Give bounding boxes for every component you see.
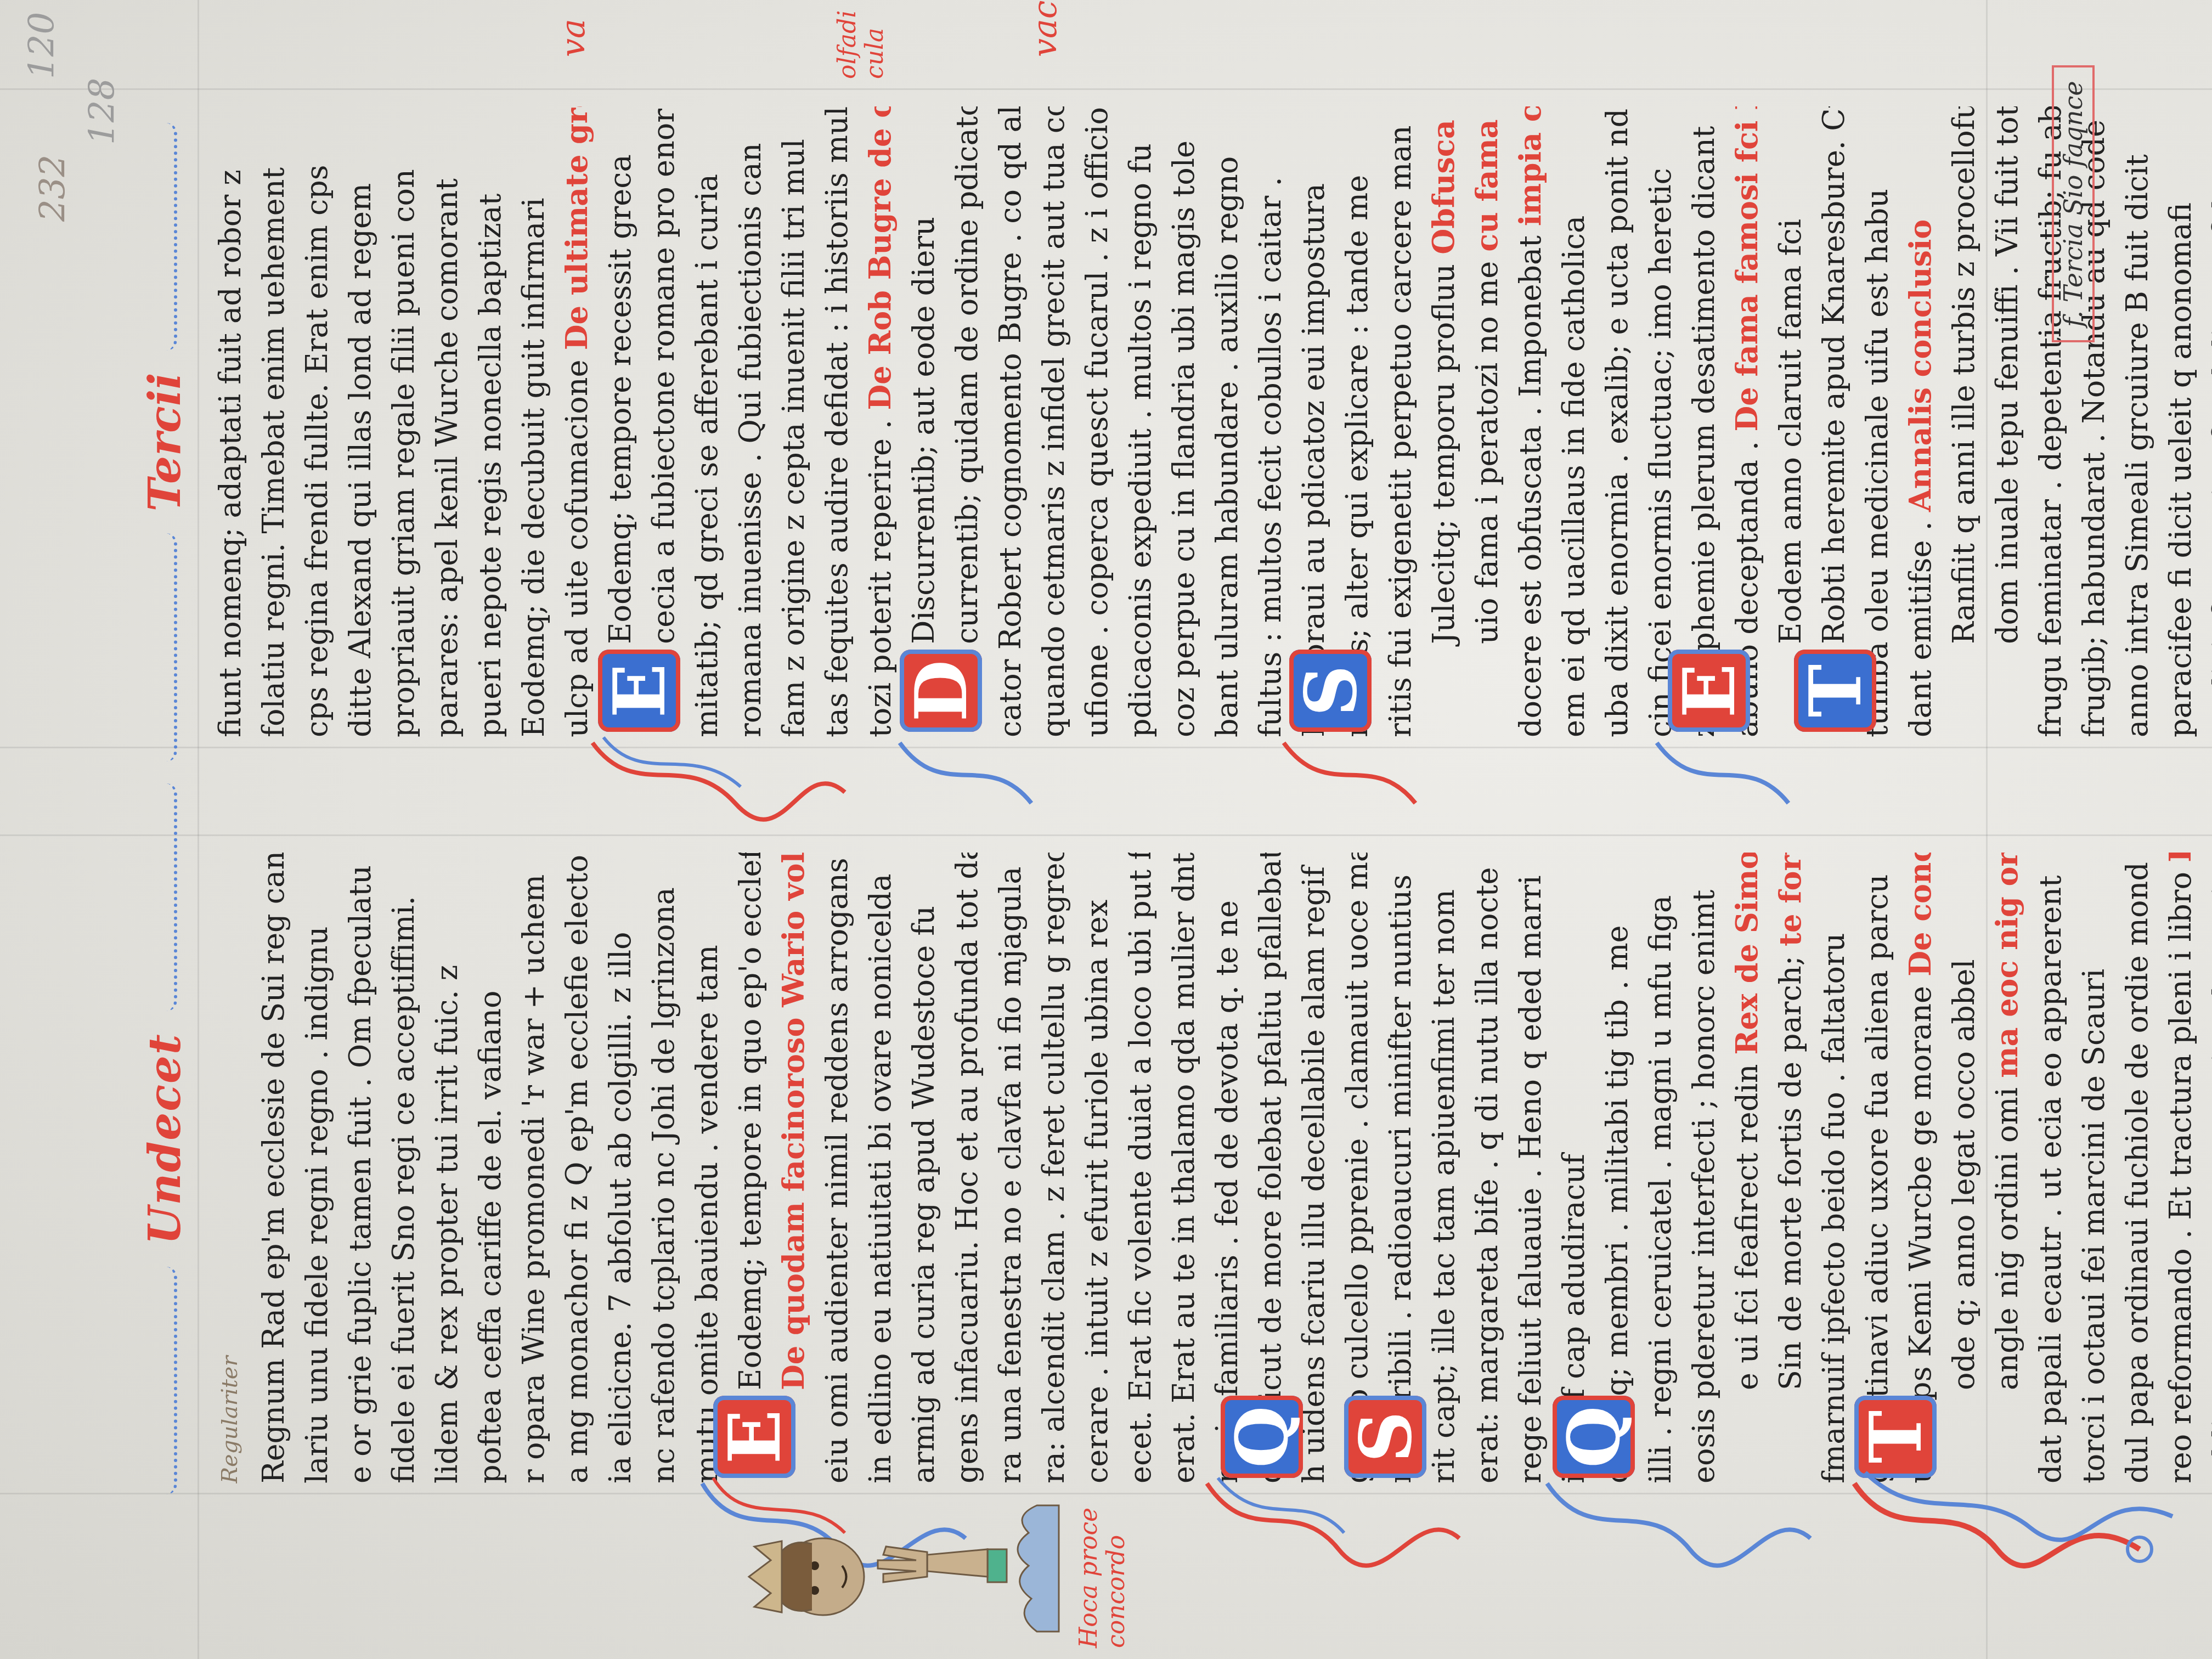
decorated-initial: E xyxy=(1668,650,1750,732)
text-line: illi . regni ceruicatel . magni u mfu fi… xyxy=(1639,853,1682,1483)
text-line: paracifee fi dicit ueleit q anonomafi xyxy=(2159,106,2202,737)
text-line: Regnum Rad ep'm ecclesie de Sui reg canc… xyxy=(252,853,295,1483)
text-line: fam z origine z cepta inuenit filii tri … xyxy=(772,106,815,737)
margin-note-red: olfadi cula xyxy=(834,13,889,79)
text-line: a mg monachor fi z Q ep'm ecclefie elect… xyxy=(555,853,599,1483)
text-line: mutu omite bauiendu . vendere tam xyxy=(685,853,729,1483)
ruling-line xyxy=(198,0,199,1659)
text: Sin de morte fortis de parch; xyxy=(1773,956,1808,1390)
pen-flourish-middle xyxy=(560,726,1876,825)
text-line-with-rubric: reo reformando . Et tractura pleni i lib… xyxy=(2159,853,2202,1483)
rubric-text: Rex de Simondis demo xyxy=(1729,853,1764,1054)
text-line: ditte Alexand qui illas lond ad regem xyxy=(338,106,382,737)
text-line: ode q; anno legat occo abbel xyxy=(1942,853,1985,1483)
text-line: ia elicicne. 7 abfolut ab colgilli. z il… xyxy=(599,853,642,1483)
text-line: fiunt nomenq; adaptati fuit ad robor z xyxy=(208,106,252,737)
text-line: em ei qd uacillaus in fide catholica xyxy=(1552,106,1595,737)
text-line: Eodemq; tempore in quo ep'o ecclefie R. … xyxy=(729,853,772,1483)
text-line: melius; alter qui explicare : tande me xyxy=(1335,106,1379,737)
rubric-text: De quodam facinoroso Wario volente Regem… xyxy=(776,853,811,1390)
text-line: lariu unu fidele regni regno . indignu xyxy=(295,853,338,1483)
text-line-with-rubric: ulcp ad uite cofumacione De ultimate gre… xyxy=(555,106,599,737)
text-line: Eodemq; die decubuit guit infirmari xyxy=(512,106,555,737)
text-line-with-rubric: ritis fui exigenetit perpetuo carcere ma… xyxy=(1379,106,1422,737)
manuscript-page: 232 128 120 Undecet Tercii olfadi cula v… xyxy=(0,0,2212,1659)
drawing-caption-line: Hoca proce xyxy=(1075,1505,1103,1648)
rubric-text: De concilio legati fi redo xyxy=(1903,853,1938,977)
text-line: dom inuale tepu fenuiffi . Vii fuit tota xyxy=(1985,106,2029,737)
header-flourish xyxy=(152,783,177,1011)
text-line: currentib; quidam de ordine pdicatoz fre xyxy=(945,106,989,737)
text-line: pueri nepote regis noneclla baptizat xyxy=(469,106,512,737)
text-line: r opara Wine promonedi 'r war + uchem xyxy=(512,853,555,1483)
header-flourish xyxy=(152,1267,177,1494)
decorated-initial: E xyxy=(598,650,680,732)
text-column-left: Regulariter Regnum Rad ep'm ecclesie de … xyxy=(208,853,2212,1483)
text-line: addita menco; amorane . puit eglatoru i … xyxy=(2202,853,2212,1483)
text: docere est obfuscata . Imponebat xyxy=(1513,235,1548,737)
text-line: fultus : multos fecit cobullos i caitar … xyxy=(1249,106,1292,737)
rubric-text: ma eoc nig ordi xyxy=(1989,853,2024,1078)
header-left-word: Undecet xyxy=(139,1033,190,1244)
drawing-caption: Hoca proce concordo xyxy=(1075,1505,1130,1648)
text-line: Eodemq; tempore recessit greca xyxy=(599,106,642,737)
text: reo reformando . Et tractura pleni i lib… xyxy=(2163,872,2198,1483)
text-line: Robti heremite apud Knaresbure. Cui xyxy=(1812,106,1855,737)
text-line: Eodem anno claruit fama fci xyxy=(1769,106,1812,737)
text-line: tas fequites audire defidat : i historii… xyxy=(815,106,859,737)
text: ritis fui exigenetit perpetuo carcere ma… xyxy=(1383,126,1418,738)
text-line: erat: margareta bife . q di nutu illa no… xyxy=(1465,853,1509,1483)
text-line: eiu omi audienter nimil reddens arrogans xyxy=(815,853,859,1483)
text-line-with-rubric: uio fama i peratozi no me cu fama xyxy=(1465,106,1509,737)
text-line: uba dixit enormia . exalib; e ucta ponit… xyxy=(1595,106,1639,737)
folio-number: 128 xyxy=(82,78,123,145)
folio-number: 120 xyxy=(22,12,63,79)
text-line: rege feliuit faluauie . Heno q eded marr… xyxy=(1509,853,1552,1483)
text-line: pdicaconis expediuit . multos i regno fu xyxy=(1119,106,1162,737)
text: dant emitifse . xyxy=(1903,521,1938,737)
text-line: z blasphemie plerum desatimento dicant xyxy=(1682,106,1725,737)
text-line: regie familiaris . fed de devota q. te n… xyxy=(1205,853,1249,1483)
decorated-initial: T xyxy=(1794,650,1876,732)
text-line: gens infacuariu. Hoc et au profunda tot … xyxy=(945,853,989,1483)
rubric-text: De fama famosi fci Ro berti hem xyxy=(1729,106,1764,432)
header-flourish xyxy=(152,123,177,351)
text-line: poftea ceffa cariffe de el. vafiano xyxy=(469,853,512,1483)
text-line-with-rubric: Julecitq; temporu profluu Obfusca xyxy=(1422,106,1465,737)
marginal-small-note: Regulariter xyxy=(208,853,252,1483)
text-line: ufione . coperca quesct fucarul . z i of… xyxy=(1075,106,1119,737)
text-line: anno intra Simeali grcuiure B fuit dicit xyxy=(2115,106,2159,737)
text-line: armig ad curia reg apud Wudestoce fu xyxy=(902,853,945,1483)
text-line: romana inuenisse . Qui fubiectionis can xyxy=(729,106,772,737)
running-header: Undecet Tercii xyxy=(140,123,189,1494)
text-line: erat. Erat au te in thalamo qda mulier d… xyxy=(1162,853,1205,1483)
text-line-with-rubric: una aps Kemi Wurcbe ge morane De concili… xyxy=(1899,853,1942,1483)
decorated-initial: S xyxy=(1289,650,1372,732)
text-line: parares: apel kenil Wurche comorant xyxy=(425,106,469,737)
text-line: cerare . intuit z efurit furiole ubina r… xyxy=(1075,853,1119,1483)
text-line-with-rubric: docere est obfuscata . Imponebat impia c… xyxy=(1509,106,1552,737)
text: Julecitq; temporu profluu xyxy=(1426,264,1461,644)
text: angle nig ordini omi xyxy=(1990,1087,2024,1390)
drawing-caption-line: concordo xyxy=(1103,1505,1130,1648)
text-line: carat q; membri . militabi tig tib . me xyxy=(1595,853,1639,1483)
text-line: torci i octaui fei marcini de Scauri xyxy=(2072,853,2115,1483)
text-line: quando cetmaris z infidel grecit aut tua… xyxy=(1032,106,1075,737)
text: ulcp ad uite cofumacione xyxy=(560,360,594,738)
text-line: ra una fenestra no e clavfa ni fio mjagu… xyxy=(989,853,1032,1483)
rubric-text: Annalis conclusio xyxy=(1903,219,1938,512)
text-line: lidem & rex propter tui irrit fuic. z xyxy=(425,853,469,1483)
text-line: ze dieit fca pzoria . f . ad diem pafche… xyxy=(2202,106,2212,737)
text: uio fama i peratozi no me xyxy=(1470,261,1504,644)
text-line: propriauit griam regale filii pueni con xyxy=(382,106,425,737)
rubric-text: Regis xyxy=(2163,853,2198,862)
text-line: dat papali ecautr . ut ecia eo appareren… xyxy=(2029,853,2072,1483)
ruling-line xyxy=(0,834,2212,836)
text-line: e or grie fuplic tamen fuit . Om fpecula… xyxy=(338,853,382,1483)
text-line: tumba oleu medicinale uifu est habu xyxy=(1855,106,1899,737)
rubric-text: cu fama xyxy=(1469,119,1504,251)
text-line: Memoraui au pdicatoz eui impostura xyxy=(1292,106,1335,737)
text-line-with-rubric: tozi poterit reperire . De Rob Bugre de … xyxy=(859,106,902,737)
catchword-box: f. Tercia Sio faqnce xyxy=(2052,65,2095,342)
text-line: mitatib; qd greci se afferebant i curia xyxy=(685,106,729,737)
text: e ui fci feafirect redin xyxy=(1730,1064,1764,1390)
text-line: ecet. Erat fic volente duiat a loco ubi … xyxy=(1119,853,1162,1483)
text-line: in edlino eu natiuitati bi ovare nonicel… xyxy=(859,853,902,1483)
text: tozi poterit reperire . xyxy=(863,420,898,737)
ruling-line xyxy=(0,88,2212,90)
text-line: eosis pderetur interfecti ; honorc enimt xyxy=(1682,853,1725,1483)
rubric-text: De ultimate gre cosum. xyxy=(559,106,594,350)
text-line: cin ficei enormis fluctuac; imo heretic xyxy=(1639,106,1682,737)
rubric-text: De Rob Bugre de ordine predica torz fre xyxy=(862,106,898,410)
rubric: De quodam facinoroso Wario volente Regem… xyxy=(772,853,815,1483)
text-line: nc rafendo tcplario nc Johi de lgrinzona xyxy=(642,853,685,1483)
folio-number: 232 xyxy=(33,155,74,222)
text-column-right: fiunt nomenq; adaptati fuit ad robor z f… xyxy=(208,106,2212,737)
text-line: na z tribili . radioaucuri minifter nunt… xyxy=(1379,853,1422,1483)
text-line-with-rubric: Sin de morte fortis de parch; te fortior… xyxy=(1769,853,1812,1483)
text-line: ille nif cap adudiracuf xyxy=(1552,853,1595,1483)
text-line: cator Robert cognomento Bugre . co qd al… xyxy=(989,106,1032,737)
margin-mark-va: va xyxy=(560,19,587,57)
text-line: go feftinavi adiuc uxore fua aliena parc… xyxy=(1855,853,1899,1483)
header-flourish xyxy=(152,533,177,761)
text-line-with-rubric: dant emitifse . Annalis conclusio xyxy=(1899,106,1942,737)
decorated-initial: D xyxy=(900,650,982,732)
marginal-drawing xyxy=(730,1494,1070,1643)
text-line: Discurrentib; aut eode dieru xyxy=(902,106,945,737)
text-line-with-rubric: e ui fci feafirect redin Rex de Simondis… xyxy=(1725,853,1769,1483)
text-line-with-rubric: abufio deceptanda . De fama famosi fci R… xyxy=(1725,106,1769,737)
margin-mark-vac: vac xyxy=(1031,1,1059,57)
text-line: gtecto culcello pprenie . clamauit uoce … xyxy=(1335,853,1379,1483)
text-line: h uidens fcariu illu decellabile alam re… xyxy=(1292,853,1335,1483)
text-line: bant uluram habundare . auxilio regno xyxy=(1205,106,1249,737)
text-line: fmarnuif ipfecto beido fuo . faltatoru xyxy=(1812,853,1855,1483)
text-line: coz perpue cu in flandria ubi magis tole xyxy=(1162,106,1205,737)
text-line: Ranfiit q anni ille turbis z procellofus xyxy=(1942,106,1985,737)
text-line: folatiu regni. Timebat enim uehement xyxy=(252,106,295,737)
rubric-text: Obfusca xyxy=(1426,120,1461,255)
rubric-text: impia cor xyxy=(1513,106,1548,226)
text-line: dul papa ordinaui fuchiole de ordie mond xyxy=(2115,853,2159,1483)
text-line: fidele ei fuerit Sno regi ce acceptiffim… xyxy=(382,853,425,1483)
text-line-with-rubric: angle nig ordini omi ma eoc nig ordi xyxy=(1985,853,2029,1483)
text-line: rit capt; ille tac tam apiuenfimi ter no… xyxy=(1422,853,1465,1483)
text-line: cecia a fubiectone romane pro enor xyxy=(642,106,685,737)
rubric-text: te fortiori at R xyxy=(1773,853,1808,946)
text-line: ra: alcendit clam . z feret cultellu g r… xyxy=(1032,853,1075,1483)
text-line: cps regina frendi fullte. Erat enim cps xyxy=(295,106,338,737)
header-right-word: Tercii xyxy=(139,373,190,511)
text-line: de a ficut de more folebat pfaltiu pfall… xyxy=(1249,853,1292,1483)
